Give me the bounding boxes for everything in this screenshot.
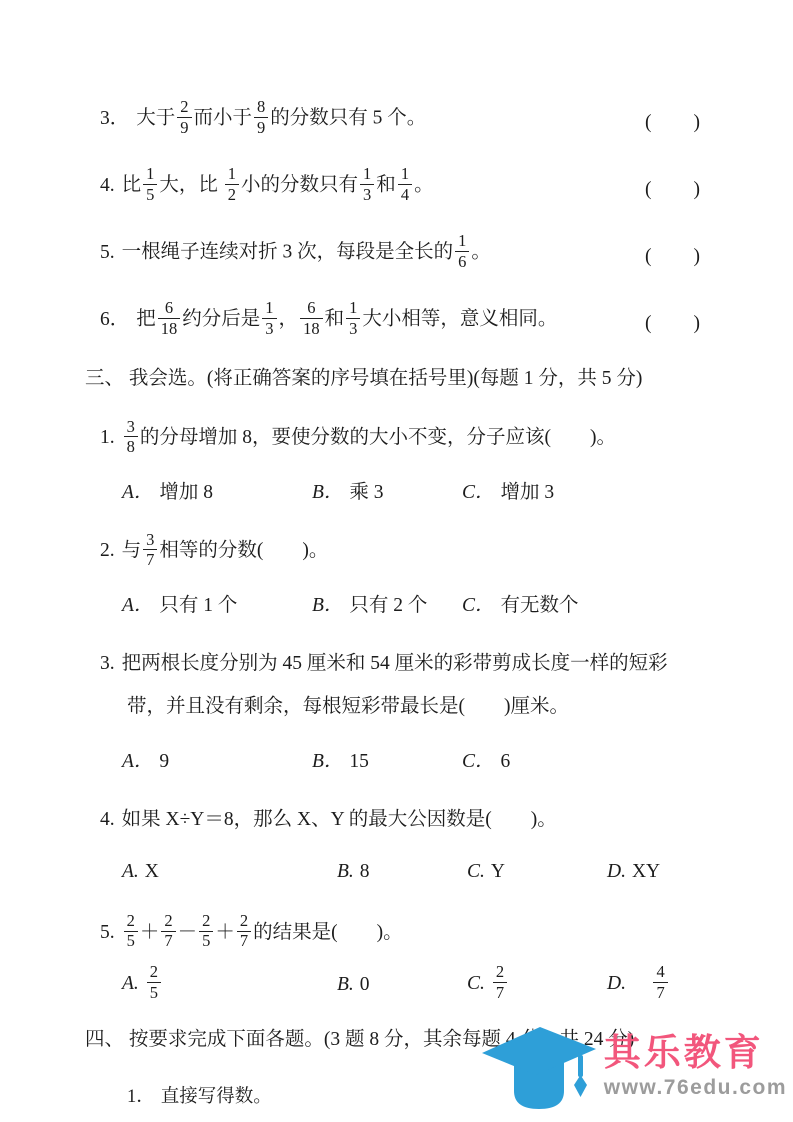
option-label: C． (462, 751, 495, 772)
question-text: 2.与37相等的分数( )。 (100, 530, 701, 573)
fraction: 27 (493, 963, 507, 1001)
question-number: 4. (100, 175, 115, 196)
item-text: 直接写得数。 (161, 1087, 272, 1107)
option: B．乘 3 (312, 476, 462, 504)
option: C．6 (462, 745, 701, 773)
text-run: 只有 1 个 (159, 595, 237, 616)
option-label: C． (462, 482, 495, 503)
tf-question: 4.比15大，比 12小的分数只有13和14。( ) (100, 163, 701, 210)
text-run: 8 (360, 861, 370, 882)
fraction: 25 (147, 963, 161, 1001)
option-label: B． (312, 482, 343, 503)
option: C.Y (467, 861, 607, 883)
mc-question: 1.38的分母增加 8，要使分数的大小不变，分子应该( )。A．增加 8B．乘 … (100, 417, 701, 512)
fraction-denominator: 3 (346, 319, 360, 338)
text-run: Y (491, 861, 505, 882)
text-run: 。 (471, 242, 491, 263)
fraction-numerator: 3 (143, 531, 157, 551)
text-run: 的结果是( )。 (253, 922, 403, 943)
text-run: 约分后是 (182, 309, 260, 330)
fraction: 618 (158, 299, 181, 337)
text-run: 。 (414, 175, 434, 196)
fraction-denominator: 7 (143, 550, 157, 569)
option: A．只有 1 个 (122, 589, 312, 617)
options-row: A.XB.8C.YD.XY (122, 850, 701, 894)
text-run: 的分母增加 8，要使分数的大小不变，分子应该( )。 (140, 427, 616, 448)
tf-question: 3．大于29而小于89的分数只有 5 个。( ) (100, 96, 701, 143)
fraction: 29 (177, 98, 191, 136)
question-text: 1.38的分母增加 8，要使分数的大小不变，分子应该( )。 (100, 417, 701, 460)
option-label: A． (122, 482, 153, 503)
option: C．有无数个 (462, 589, 701, 617)
fraction: 47 (653, 963, 667, 1001)
option-label: B. (337, 861, 354, 882)
text-run: 与 (122, 540, 142, 561)
fraction-denominator: 6 (455, 252, 469, 271)
text-run: 和 (376, 175, 396, 196)
brand-name: 其乐教育 (604, 1033, 764, 1074)
mc-question: 5.25＋27－25＋27的结果是( )。A.25B.0C.27D. 47 (100, 912, 701, 1007)
fraction-numerator: 2 (147, 963, 161, 983)
fraction-denominator: 5 (199, 932, 213, 951)
fraction-numerator: 1 (143, 165, 157, 185)
option: D. 47 (607, 965, 701, 1003)
answer-bracket: ( ) (645, 106, 701, 134)
fraction-numerator: 2 (177, 98, 191, 118)
fraction-numerator: 1 (262, 299, 276, 319)
question-number: 5. (100, 242, 115, 263)
graduation-cap-icon (478, 1019, 600, 1114)
text-run: 而小于 (194, 108, 253, 129)
fraction: 13 (262, 299, 276, 337)
fraction: 13 (360, 165, 374, 203)
answer-bracket: ( ) (645, 240, 701, 268)
fraction: 15 (143, 165, 157, 203)
question-text: 5.一根绳子连续对折 3 次，每段是全长的16。 (100, 234, 635, 272)
option: B．15 (312, 745, 462, 773)
text-run: － (178, 922, 198, 943)
fraction-numerator: 1 (360, 165, 374, 185)
fraction-denominator: 8 (124, 437, 138, 456)
fraction-denominator: 3 (262, 319, 276, 338)
fraction-numerator: 6 (158, 299, 181, 319)
option: B.8 (337, 861, 467, 883)
fraction-numerator: 4 (653, 963, 667, 983)
fraction: 14 (398, 165, 412, 203)
options-row: A．9B．15C．6 (122, 737, 701, 781)
option-label: A． (122, 595, 153, 616)
fraction-numerator: 2 (237, 912, 251, 932)
text-run: 0 (360, 974, 370, 995)
fraction-numerator: 2 (493, 963, 507, 983)
text-run: 大，比 (159, 175, 222, 196)
options-row: A．只有 1 个B．只有 2 个C．有无数个 (122, 581, 701, 625)
true-false-question-list: 3．大于29而小于89的分数只有 5 个。( )4.比15大，比 12小的分数只… (100, 96, 701, 344)
fraction: 618 (300, 299, 323, 337)
tf-question: 6．把618约分后是13，618和13大小相等，意义相同。( ) (100, 297, 701, 344)
fraction-numerator: 8 (254, 98, 268, 118)
text-run: 比 (122, 175, 142, 196)
question-number: 4. (100, 809, 115, 830)
question-text: 3.把两根长度分别为 45 厘米和 54 厘米的彩带剪成长度一样的短彩带，并且没… (100, 643, 701, 729)
text-run: X (145, 861, 159, 882)
tf-question: 5.一根绳子连续对折 3 次，每段是全长的16。( ) (100, 230, 701, 277)
question-text: 6．把618约分后是13，618和13大小相等，意义相同。 (100, 301, 635, 339)
option: D.XY (607, 861, 701, 883)
fraction-numerator: 2 (124, 912, 138, 932)
question-number: 2. (100, 540, 115, 561)
text-run: 只有 2 个 (349, 595, 427, 616)
fraction-numerator: 2 (199, 912, 213, 932)
text-run: 一根绳子连续对折 3 次，每段是全长的 (122, 242, 454, 263)
fraction-numerator: 1 (346, 299, 360, 319)
text-run: 和 (325, 309, 345, 330)
option-label: C. (467, 973, 485, 994)
fraction-denominator: 5 (124, 932, 138, 951)
question-number: 3. (100, 653, 115, 674)
text-run (632, 973, 652, 994)
fraction: 16 (455, 232, 469, 270)
mc-question: 4.如果 X÷Y＝8，那么 X、Y 的最大公因数是( )。A.XB.8C.YD.… (100, 799, 701, 894)
mc-question: 3.把两根长度分别为 45 厘米和 54 厘米的彩带剪成长度一样的短彩带，并且没… (100, 643, 701, 781)
text-run: 小的分数只有 (241, 175, 358, 196)
fraction-numerator: 1 (455, 232, 469, 252)
option: A.X (122, 861, 337, 883)
option-label: A. (122, 973, 139, 994)
text-run: ＋ (215, 922, 235, 943)
options-row: A.25B.0C.27D. 47 (122, 963, 701, 1007)
text-run: 增加 3 (501, 482, 555, 503)
option: A．增加 8 (122, 476, 312, 504)
option-label: C． (462, 595, 495, 616)
fraction: 25 (124, 912, 138, 950)
text-run: 的分数只有 5 个。 (270, 108, 426, 129)
fraction-denominator: 5 (143, 185, 157, 204)
option-label: A． (122, 751, 153, 772)
fraction: 27 (237, 912, 251, 950)
text-run: 15 (349, 751, 369, 772)
fraction-denominator: 3 (360, 185, 374, 204)
option: A．9 (122, 745, 312, 773)
option-label: D. (607, 973, 626, 994)
worksheet-page: 3．大于29而小于89的分数只有 5 个。( )4.比15大，比 12小的分数只… (0, 0, 793, 1122)
publisher-logo: 其乐教育 www.76edu.com (478, 1019, 787, 1114)
fraction-denominator: 18 (158, 319, 181, 338)
text-run: 把 (136, 309, 156, 330)
fraction-numerator: 1 (225, 165, 239, 185)
fraction-denominator: 5 (147, 983, 161, 1002)
fraction-numerator: 1 (398, 165, 412, 185)
text-run: 把两根长度分别为 45 厘米和 54 厘米的彩带剪成长度一样的短彩带，并且没有剩… (122, 653, 668, 717)
text-run: 有无数个 (501, 595, 579, 616)
text-run: ， (279, 309, 299, 330)
text-run: 乘 3 (349, 482, 383, 503)
text-run: 增加 8 (159, 482, 213, 503)
option-label: A. (122, 861, 139, 882)
logo-text: 其乐教育 www.76edu.com (604, 1033, 787, 1100)
option: C．增加 3 (462, 476, 701, 504)
text-run: 相等的分数( )。 (159, 540, 328, 561)
text-run: 9 (159, 751, 169, 772)
option-label: D. (607, 861, 626, 882)
fraction: 27 (161, 912, 175, 950)
fraction: 89 (254, 98, 268, 136)
fraction: 38 (124, 418, 138, 456)
fraction-denominator: 7 (653, 983, 667, 1002)
option-label: B． (312, 751, 343, 772)
fraction-denominator: 9 (177, 118, 191, 137)
fraction: 25 (199, 912, 213, 950)
section-three-heading: 三、 我会选。(将正确答案的序号填在括号里)(每题 1 分，共 5 分) (85, 364, 701, 393)
question-number: 5. (100, 922, 115, 943)
fraction-denominator: 7 (237, 932, 251, 951)
question-text: 3．大于29而小于89的分数只有 5 个。 (100, 100, 635, 138)
option: B．只有 2 个 (312, 589, 462, 617)
fraction-denominator: 7 (161, 932, 175, 951)
fraction-denominator: 9 (254, 118, 268, 137)
options-row: A．增加 8B．乘 3C．增加 3 (122, 468, 701, 512)
text-run: 6 (501, 751, 511, 772)
option: C.27 (467, 965, 607, 1003)
option-label: C. (467, 861, 485, 882)
text-run: ＋ (140, 922, 160, 943)
text-run: 大于 (136, 108, 175, 129)
question-text: 4.如果 X÷Y＝8，那么 X、Y 的最大公因数是( )。 (100, 799, 701, 842)
question-number: 3． (100, 108, 129, 129)
fraction-denominator: 7 (493, 983, 507, 1002)
fraction: 37 (143, 531, 157, 569)
fraction: 12 (225, 165, 239, 203)
fraction: 13 (346, 299, 360, 337)
option-label: B. (337, 974, 354, 995)
answer-bracket: ( ) (645, 307, 701, 335)
question-text: 5.25＋27－25＋27的结果是( )。 (100, 912, 701, 955)
fraction-denominator: 4 (398, 185, 412, 204)
question-number: 6． (100, 309, 129, 330)
text-run: 如果 X÷Y＝8，那么 X、Y 的最大公因数是( )。 (122, 809, 557, 830)
answer-bracket: ( ) (645, 173, 701, 201)
multiple-choice-question-list: 1.38的分母增加 8，要使分数的大小不变，分子应该( )。A．增加 8B．乘 … (100, 417, 701, 1006)
mc-question: 2.与37相等的分数( )。A．只有 1 个B．只有 2 个C．有无数个 (100, 530, 701, 625)
item-number: 1． (127, 1087, 155, 1107)
fraction-denominator: 18 (300, 319, 323, 338)
brand-url: www.76edu.com (604, 1076, 787, 1100)
question-text: 4.比15大，比 12小的分数只有13和14。 (100, 167, 635, 205)
option: A.25 (122, 965, 337, 1003)
text-run: 大小相等，意义相同。 (362, 309, 557, 330)
fraction-numerator: 2 (161, 912, 175, 932)
fraction-numerator: 6 (300, 299, 323, 319)
fraction-numerator: 3 (124, 418, 138, 438)
option-label: B． (312, 595, 343, 616)
fraction-denominator: 2 (225, 185, 239, 204)
text-run: XY (632, 861, 660, 882)
question-number: 1. (100, 427, 115, 448)
worksheet-content: 3．大于29而小于89的分数只有 5 个。( )4.比15大，比 12小的分数只… (0, 0, 793, 1117)
option: B.0 (337, 974, 467, 996)
